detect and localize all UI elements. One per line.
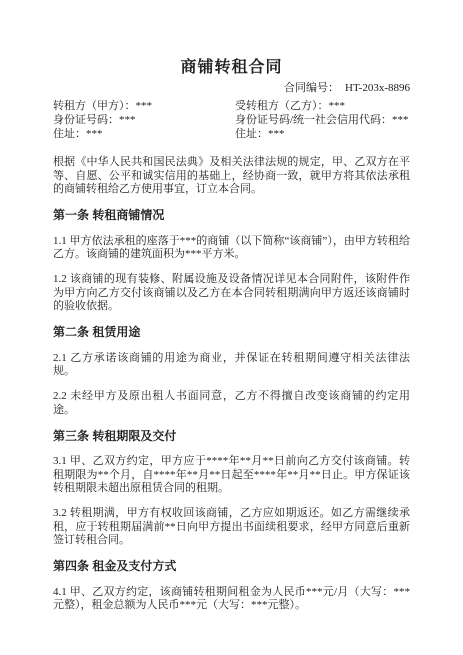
contract-number-value: HT-203x-8896	[345, 82, 410, 94]
document-title: 商铺转租合同	[53, 57, 410, 79]
party-a-id: 身份证号码：***	[53, 113, 235, 127]
party-a-name: 转租方（甲方）：***	[53, 99, 235, 113]
section-3-heading: 第三条 转租期限及交付	[53, 429, 410, 444]
party-b-id: 身份证号码/统一社会信用代码：***	[235, 113, 410, 127]
document-body: 根据《中华人民共和国民法典》及相关法律法规的规定，甲、乙双方在平等、自愿、公平和…	[53, 156, 410, 613]
clause-2-1: 2.1 乙方承诺该商铺的用途为商业，并保证在转租期间遵守相关法律法规。	[53, 352, 410, 379]
clause-4-1: 4.1 甲、乙双方约定，该商铺转租期间租金为人民币***元/月（大写：***元整…	[53, 586, 410, 613]
party-a-column: 转租方（甲方）：*** 身份证号码：*** 住址：***	[53, 99, 235, 141]
contract-number-line: 合同编号：HT-203x-8896	[53, 81, 410, 95]
party-a-address: 住址：***	[53, 127, 235, 141]
preamble-paragraph: 根据《中华人民共和国民法典》及相关法律法规的规定，甲、乙双方在平等、自愿、公平和…	[53, 156, 410, 197]
contract-number-label: 合同编号：	[284, 82, 339, 94]
clause-3-1: 3.1 甲、乙双方约定，甲方应于****年**月**日前向乙方交付该商铺。转租期…	[53, 455, 410, 496]
section-1-heading: 第一条 转租商铺情况	[53, 208, 410, 223]
clause-3-2: 3.2 转租期满，甲方有权收回该商铺，乙方应如期返还。如乙方需继续承租，应于转租…	[53, 507, 410, 548]
party-b-name: 受转租方（乙方）：***	[235, 99, 410, 113]
section-4-heading: 第四条 租金及支付方式	[53, 559, 410, 574]
document-page: 商铺转租合同 合同编号：HT-203x-8896 转租方（甲方）：*** 身份证…	[0, 0, 463, 655]
parties-block: 转租方（甲方）：*** 身份证号码：*** 住址：*** 受转租方（乙方）：**…	[53, 99, 410, 141]
party-b-address: 住址：***	[235, 127, 410, 141]
party-b-column: 受转租方（乙方）：*** 身份证号码/统一社会信用代码：*** 住址：***	[235, 99, 410, 141]
clause-1-2: 1.2 该商铺的现有装修、附属设施及设备情况详见本合同附件，该附件作为甲方向乙方…	[53, 273, 410, 314]
section-2-heading: 第二条 租赁用途	[53, 325, 410, 340]
clause-2-2: 2.2 未经甲方及原出租人书面同意，乙方不得擅自改变该商铺的约定用途。	[53, 390, 410, 417]
clause-1-1: 1.1 甲方依法承租的座落于***的商铺（以下简称“该商铺”），由甲方转租给乙方…	[53, 235, 410, 262]
